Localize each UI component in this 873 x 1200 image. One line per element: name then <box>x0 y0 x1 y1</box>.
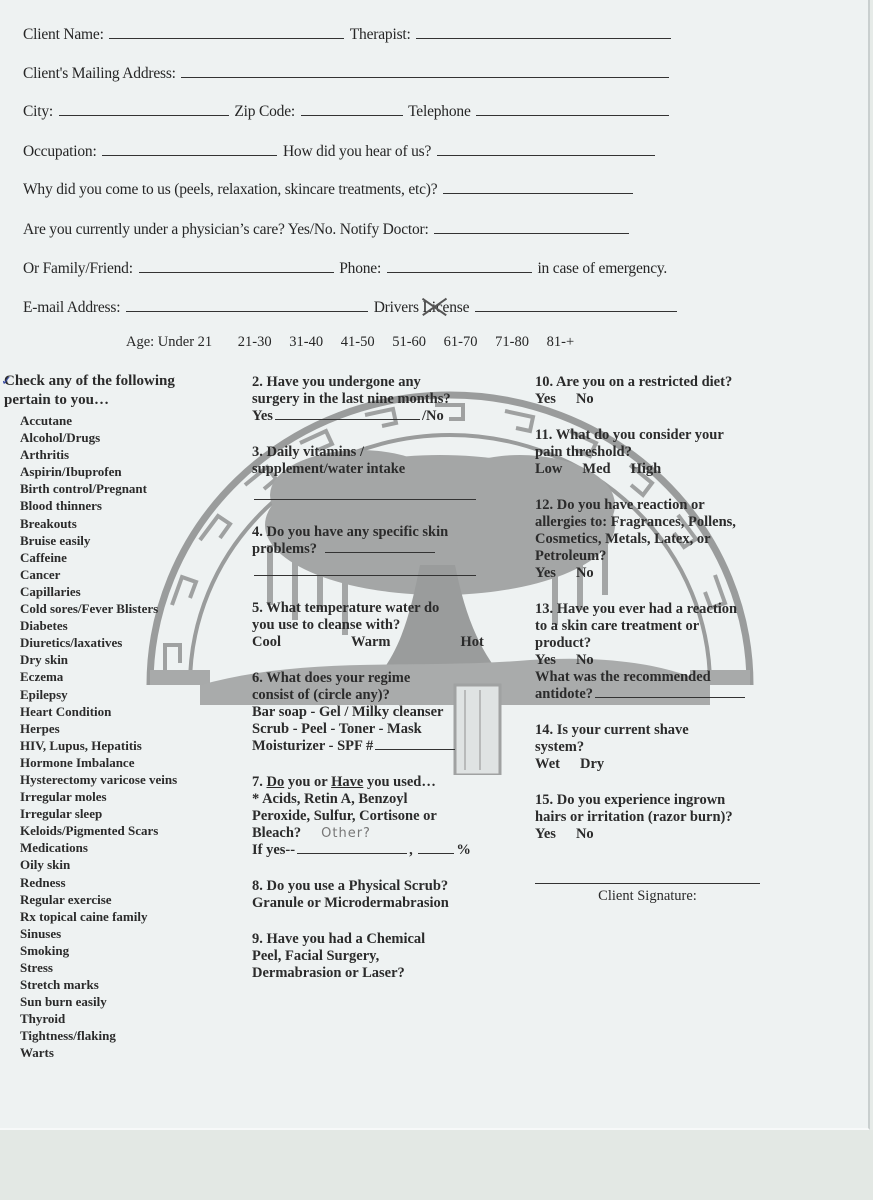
why-come-row: Why did you come to us (peels, relaxatio… <box>23 181 635 199</box>
drivers-label: Drivers <box>374 299 419 316</box>
handwritten-note: Other? <box>321 826 371 841</box>
checklist-item[interactable]: Alcohol/Drugs <box>20 429 244 446</box>
checklist-item[interactable]: Warts <box>20 1044 244 1061</box>
product-used-field[interactable] <box>297 852 407 854</box>
checklist-item[interactable]: Dry skin <box>20 651 244 668</box>
question-text: 12. Do you have reaction or <box>535 497 785 514</box>
question-text: 3. Daily vitamins / <box>252 444 522 461</box>
question-12: 12. Do you have reaction or allergies to… <box>535 497 785 582</box>
question-text: Have <box>331 774 363 790</box>
shave-wet-option[interactable]: Wet <box>535 756 560 772</box>
checklist-item[interactable]: Keloids/Pigmented Scars <box>20 822 244 839</box>
yes-option[interactable]: Yes <box>252 408 273 424</box>
checklist-item[interactable]: Stretch marks <box>20 976 244 993</box>
age-option[interactable]: 71-80 <box>495 334 529 350</box>
checklist-intro: ✓ Check any of the following pertain to … <box>4 372 244 410</box>
shave-dry-option[interactable]: Dry <box>580 756 604 772</box>
checklist-item[interactable]: Medications <box>20 839 244 856</box>
checklist-item[interactable]: Aspirin/Ibuprofen <box>20 463 244 480</box>
checklist-item[interactable]: Diabetes <box>20 617 244 634</box>
occupation-row: Occupation: How did you hear of us? <box>23 143 657 161</box>
question-7: 7. Do you or Have you used… * Acids, Ret… <box>252 774 522 859</box>
checklist-item[interactable]: Irregular moles <box>20 788 244 805</box>
checklist-intro-line2: pertain to you… <box>4 391 244 410</box>
question-10: 10. Are you on a restricted diet? YesNo <box>535 374 785 408</box>
question-text: pain threshold? <box>535 444 785 461</box>
checklist-item[interactable]: Cancer <box>20 566 244 583</box>
telephone-label: Telephone <box>408 103 471 120</box>
question-9: 9. Have you had a Chemical Peel, Facial … <box>252 931 522 982</box>
questions-right-column: 10. Are you on a restricted diet? YesNo … <box>535 374 785 905</box>
checklist-item[interactable]: Capillaries <box>20 583 244 600</box>
question-8: 8. Do you use a Physical Scrub? Granule … <box>252 878 522 912</box>
regime-options[interactable]: Scrub - Peel - Toner - Mask <box>252 721 522 738</box>
checklist-item[interactable]: Sinuses <box>20 925 244 942</box>
zip-label: Zip Code: <box>234 103 295 120</box>
checklist-item[interactable]: Sun burn easily <box>20 993 244 1010</box>
checklist-item[interactable]: HIV, Lupus, Hepatitis <box>20 737 244 754</box>
question-text: 5. What temperature water do <box>252 600 522 617</box>
question-text: antidote? <box>535 686 593 702</box>
notify-doctor-field[interactable] <box>434 232 629 234</box>
no-option[interactable]: No <box>576 826 594 842</box>
question-text: Bleach? <box>252 825 301 841</box>
checklist-item[interactable]: Birth control/Pregnant <box>20 480 244 497</box>
email-row: E-mail Address: Drivers License <box>23 299 679 317</box>
checklist-item[interactable]: Caffeine <box>20 549 244 566</box>
question-text: supplement/water intake <box>252 461 522 478</box>
percent-field[interactable] <box>418 852 454 854</box>
checklist-item[interactable]: Stress <box>20 959 244 976</box>
checklist-item[interactable]: Bruise easily <box>20 532 244 549</box>
question-2: 2. Have you undergone any surgery in the… <box>252 374 522 425</box>
email-label: E-mail Address: <box>23 299 120 316</box>
water-hot-option[interactable]: Hot <box>460 634 483 650</box>
question-text: 11. What do you consider your <box>535 427 785 444</box>
yes-option[interactable]: Yes <box>535 652 556 668</box>
age-option[interactable]: 31-40 <box>289 334 323 350</box>
question-text: If yes-- <box>252 842 295 858</box>
question-text: Dermabrasion or Laser? <box>252 965 522 982</box>
checklist-item[interactable]: Hormone Imbalance <box>20 754 244 771</box>
no-option[interactable]: /No <box>422 408 444 424</box>
city-label: City: <box>23 103 53 120</box>
mailing-address-row: Client's Mailing Address: <box>23 65 671 83</box>
occupation-label: Occupation: <box>23 143 97 160</box>
age-option[interactable]: 41-50 <box>341 334 375 350</box>
water-cool-option[interactable]: Cool <box>252 634 281 650</box>
no-option[interactable]: No <box>576 391 594 407</box>
hear-of-us-label: How did you hear of us? <box>283 143 431 160</box>
question-number: 7. <box>252 774 263 790</box>
question-text: 6. What does your regime <box>252 670 522 687</box>
question-text: problems? <box>252 541 317 557</box>
question-text: surgery in the last nine months? <box>252 391 522 408</box>
spf-field[interactable] <box>375 748 455 750</box>
checklist-item[interactable]: Tightness/flaking <box>20 1027 244 1044</box>
question-15: 15. Do you experience ingrown hairs or i… <box>535 792 785 843</box>
skin-problems-field[interactable] <box>325 551 435 553</box>
pain-high-option[interactable]: High <box>631 461 662 477</box>
age-label[interactable]: Age: Under 21 <box>126 334 212 350</box>
percent-sign: % <box>456 842 471 858</box>
condition-checklist: ✓ Check any of the following pertain to … <box>4 372 244 1062</box>
question-text: Do <box>267 774 285 790</box>
skin-problems-field-2[interactable] <box>254 574 476 576</box>
question-text: allergies to: Fragrances, Pollens, <box>535 514 785 531</box>
question-text: Peroxide, Sulfur, Cortisone or <box>252 808 522 825</box>
city-row: City: Zip Code: Telephone <box>23 103 671 121</box>
checklist-item[interactable]: Hysterectomy varicose veins <box>20 771 244 788</box>
signature-field[interactable] <box>535 873 760 884</box>
mailing-address-label: Client's Mailing Address: <box>23 65 176 82</box>
checklist-item[interactable]: Breakouts <box>20 515 244 532</box>
yes-option[interactable]: Yes <box>535 391 556 407</box>
emergency-phone-field[interactable] <box>387 271 532 273</box>
license-crossed-out: License <box>422 299 469 316</box>
question-5: 5. What temperature water do you use to … <box>252 600 522 651</box>
question-text: 15. Do you experience ingrown <box>535 792 785 809</box>
question-text: * Acids, Retin A, Benzoyl <box>252 791 522 808</box>
emergency-label: in case of emergency. <box>537 260 667 277</box>
occupation-field[interactable] <box>102 154 277 156</box>
questions-middle-column: 2. Have you undergone any surgery in the… <box>252 374 522 1001</box>
question-text: product? <box>535 635 785 652</box>
checklist-item[interactable]: Cold sores/Fever Blisters <box>20 600 244 617</box>
question-11: 11. What do you consider your pain thres… <box>535 427 785 478</box>
intake-form-page: Client Name: Therapist: Client's Mailing… <box>0 0 870 1130</box>
family-friend-row: Or Family/Friend: Phone: in case of emer… <box>23 260 667 278</box>
telephone-field[interactable] <box>476 114 669 116</box>
age-option[interactable]: 81-+ <box>547 334 575 350</box>
therapist-field[interactable] <box>416 37 671 39</box>
question-text: hairs or irritation (razor burn)? <box>535 809 785 826</box>
client-name-field[interactable] <box>109 37 344 39</box>
question-text: to a skin care treatment or <box>535 618 785 635</box>
checklist-items: AccutaneAlcohol/DrugsArthritisAspirin/Ib… <box>20 412 244 1062</box>
question-3: 3. Daily vitamins / supplement/water int… <box>252 444 522 505</box>
age-option[interactable]: 51-60 <box>392 334 426 350</box>
why-come-label: Why did you come to us (peels, relaxatio… <box>23 181 437 198</box>
family-friend-label: Or Family/Friend: <box>23 260 133 277</box>
checklist-intro-line1: Check any of the following <box>4 372 244 391</box>
question-text: system? <box>535 739 785 756</box>
vitamins-field[interactable] <box>254 498 476 500</box>
client-name-row: Client Name: Therapist: <box>23 26 673 44</box>
regime-options[interactable]: Bar soap - Gel / Milky cleanser <box>252 704 522 721</box>
question-text: Petroleum? <box>535 548 785 565</box>
checklist-item[interactable]: Smoking <box>20 942 244 959</box>
question-text: What was the recommended <box>535 669 785 686</box>
zip-field[interactable] <box>301 114 403 116</box>
age-option[interactable]: 21-30 <box>238 334 272 350</box>
question-text: 13. Have you ever had a reaction <box>535 601 785 618</box>
checklist-item[interactable]: Rx topical caine family <box>20 908 244 925</box>
question-text: 8. Do you use a Physical Scrub? <box>252 878 522 895</box>
yes-option[interactable]: Yes <box>535 826 556 842</box>
water-warm-option[interactable]: Warm <box>351 634 390 650</box>
surgery-details-field[interactable] <box>275 418 420 420</box>
therapist-label: Therapist: <box>350 26 411 43</box>
pain-med-option[interactable]: Med <box>582 461 610 477</box>
phone-label: Phone: <box>339 260 381 277</box>
checklist-item[interactable]: Accutane <box>20 412 244 429</box>
question-text: consist of (circle any)? <box>252 687 522 704</box>
physician-label: Are you currently under a physician’s ca… <box>23 221 429 238</box>
checklist-item[interactable]: Heart Condition <box>20 703 244 720</box>
checklist-item[interactable]: Irregular sleep <box>20 805 244 822</box>
family-friend-field[interactable] <box>139 271 334 273</box>
checklist-item[interactable]: Diuretics/laxatives <box>20 634 244 651</box>
question-text: 9. Have you had a Chemical <box>252 931 522 948</box>
physician-row: Are you currently under a physician’s ca… <box>23 221 631 239</box>
why-come-field[interactable] <box>443 192 633 194</box>
question-13: 13. Have you ever had a reaction to a sk… <box>535 601 785 703</box>
question-14: 14. Is your current shave system? WetDry <box>535 722 785 773</box>
checklist-item[interactable]: Herpes <box>20 720 244 737</box>
question-text: 10. Are you on a restricted diet? <box>535 374 785 391</box>
question-text: Cosmetics, Metals, Latex, or <box>535 531 785 548</box>
checklist-item[interactable]: Oily skin <box>20 856 244 873</box>
no-option[interactable]: No <box>576 565 594 581</box>
yes-option[interactable]: Yes <box>535 565 556 581</box>
signature-label: Client Signature: <box>535 888 760 905</box>
checklist-item[interactable]: Redness <box>20 874 244 891</box>
antidote-field[interactable] <box>595 696 745 698</box>
question-text: 4. Do you have any specific skin <box>252 524 522 541</box>
client-name-label: Client Name: <box>23 26 104 43</box>
hear-of-us-field[interactable] <box>437 154 655 156</box>
checklist-item[interactable]: Eczema <box>20 668 244 685</box>
question-text: you used… <box>367 774 436 790</box>
question-4: 4. Do you have any specific skin problem… <box>252 524 522 581</box>
handwritten-check-mark: ✓ <box>1 372 12 391</box>
scrub-options[interactable]: Granule or Microdermabrasion <box>252 895 522 912</box>
question-text: Peel, Facial Surgery, <box>252 948 522 965</box>
scanner-bed-edge <box>0 1130 873 1200</box>
drivers-license-field[interactable] <box>475 310 677 312</box>
client-signature: Client Signature: <box>535 873 760 905</box>
no-option[interactable]: No <box>576 652 594 668</box>
email-field[interactable] <box>126 310 368 312</box>
regime-options[interactable]: Moisturizer - SPF # <box>252 738 373 754</box>
question-text: 2. Have you undergone any <box>252 374 522 391</box>
city-field[interactable] <box>59 114 229 116</box>
checklist-item[interactable]: Thyroid <box>20 1010 244 1027</box>
checklist-item[interactable]: Blood thinners <box>20 497 244 514</box>
checklist-item[interactable]: Regular exercise <box>20 891 244 908</box>
mailing-address-field[interactable] <box>181 76 669 78</box>
question-text: you use to cleanse with? <box>252 617 522 634</box>
question-6: 6. What does your regime consist of (cir… <box>252 670 522 755</box>
question-text: 14. Is your current shave <box>535 722 785 739</box>
pain-low-option[interactable]: Low <box>535 461 562 477</box>
question-text: you or <box>288 774 328 790</box>
checklist-item[interactable]: Epilepsy <box>20 686 244 703</box>
age-option[interactable]: 61-70 <box>444 334 478 350</box>
checklist-item[interactable]: Arthritis <box>20 446 244 463</box>
age-options: Age: Under 21 21-30 31-40 41-50 51-60 61… <box>126 334 588 351</box>
